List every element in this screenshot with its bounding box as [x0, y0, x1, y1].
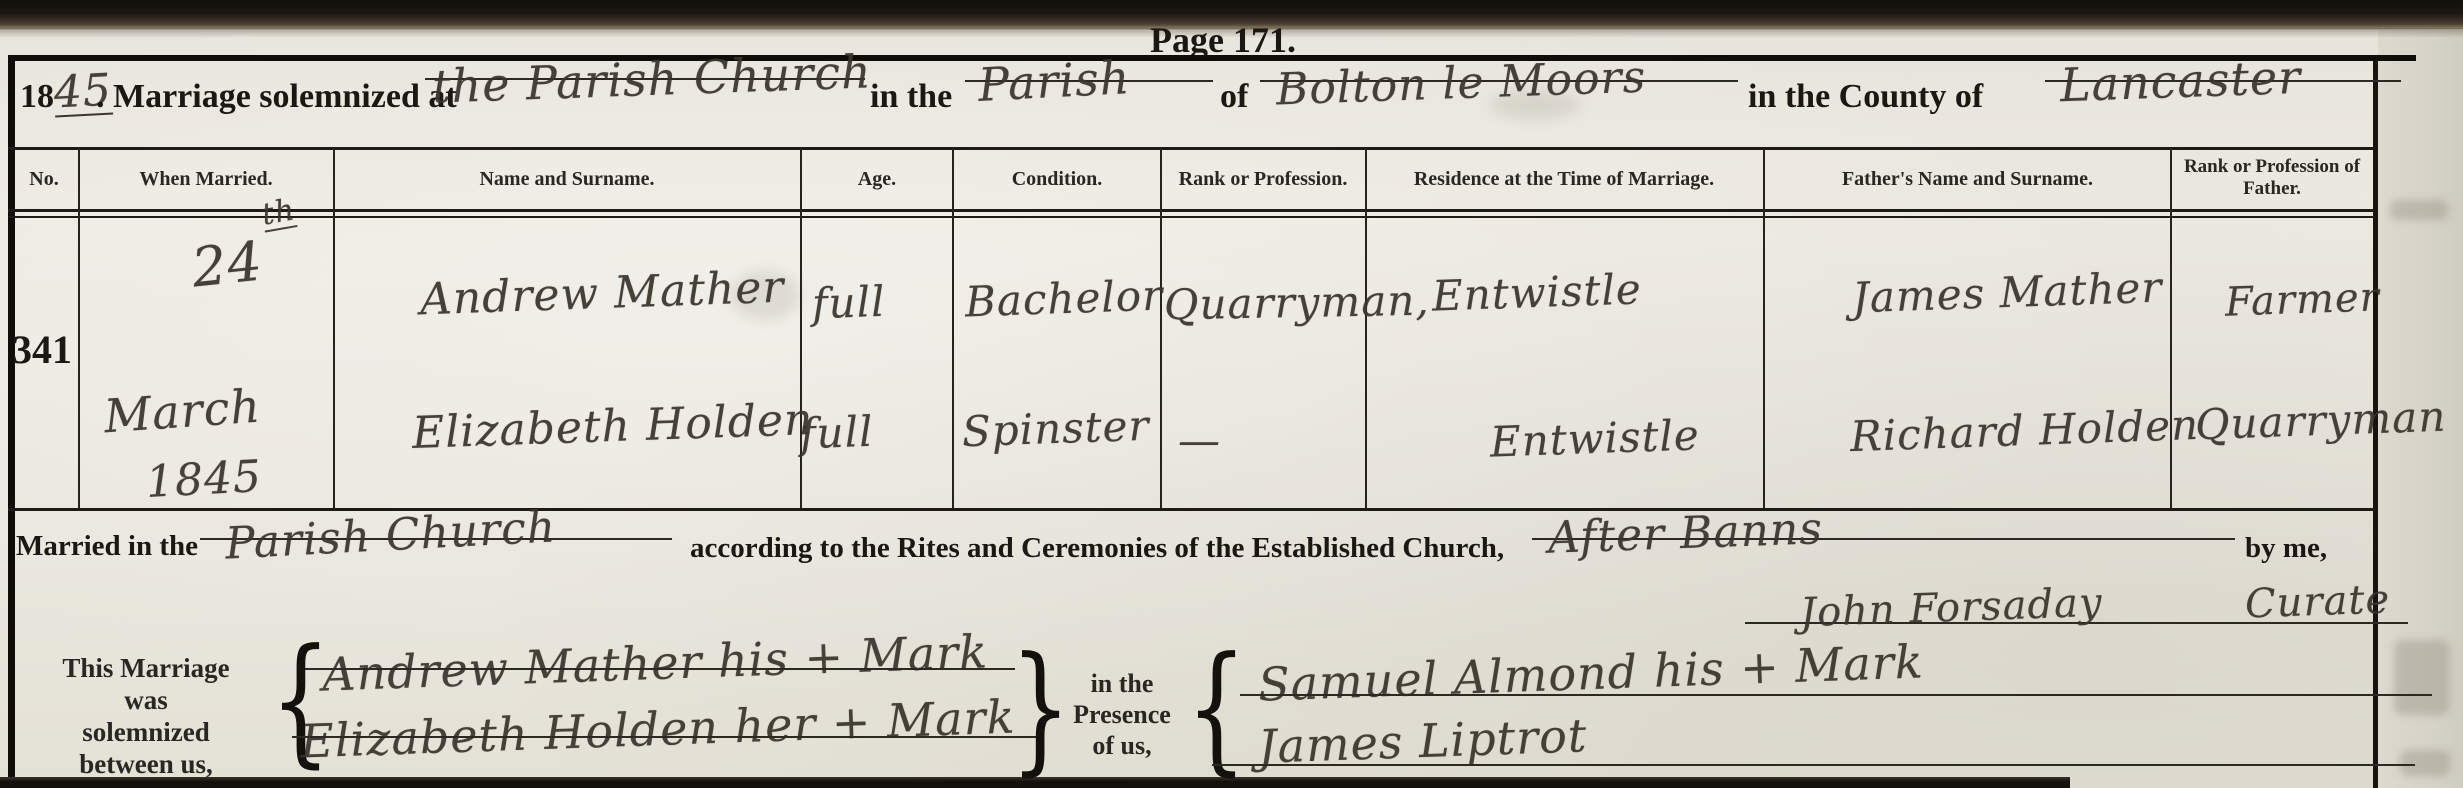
- officiant-signature: John Forsaday: [1799, 583, 2103, 634]
- column-divider: [333, 148, 335, 510]
- page-number: Page 171.: [1150, 22, 1296, 58]
- solemnized-label-line: was: [10, 684, 282, 716]
- presence-label-line: in the: [1056, 668, 1188, 699]
- title-year-printed: 18: [20, 80, 54, 114]
- groom-father-name: James Mather: [1851, 267, 2163, 320]
- banns-handwritten: After Banns: [1547, 507, 1823, 561]
- table-header-bottom-rule-1: [8, 209, 2375, 212]
- groom-age: full: [811, 281, 886, 326]
- solemnized-label-line: solemnized: [10, 716, 282, 748]
- column-header-no: No.: [10, 168, 78, 192]
- groom-rank-profession: Quarryman,: [1164, 280, 1430, 327]
- document-border-top: [8, 55, 2416, 61]
- bride-rank-profession: —: [1178, 420, 1221, 462]
- groom-condition: Bachelor: [964, 275, 1163, 324]
- presence-label: in the Presence of us,: [1056, 668, 1188, 761]
- column-divider: [1365, 148, 1367, 510]
- groom-signature-line: [305, 668, 1015, 670]
- title-district-type-handwritten: Parish: [977, 54, 1131, 108]
- when-married-month: March: [103, 383, 263, 440]
- title-county-handwritten: Lancaster: [2059, 54, 2302, 108]
- column-header-father-rank: Rank or Profession of Father.: [2172, 156, 2372, 201]
- groom-name: Andrew Mather: [419, 266, 785, 323]
- title-of: of: [1220, 80, 1248, 114]
- bride-residence: Entwistle: [1489, 414, 1700, 463]
- when-married-day: 24: [189, 234, 265, 295]
- ghost-writing-mark: [2394, 640, 2449, 715]
- when-married-day-suffix: th: [259, 195, 297, 232]
- table-header-top-rule: [8, 147, 2375, 150]
- column-header-rank-profession: Rank or Profession.: [1162, 168, 1364, 192]
- entry-number: 341: [12, 330, 72, 370]
- bride-signature-line: [292, 736, 1038, 738]
- married-in-the-label: Married in the: [16, 532, 198, 561]
- ghost-writing-mark: [2390, 200, 2448, 220]
- bride-father-name: Richard Holden: [1849, 404, 2199, 458]
- title-in-the-county-of: in the County of: [1748, 80, 1983, 114]
- ghost-writing-mark: [2400, 750, 2450, 776]
- column-divider: [952, 148, 954, 510]
- witness-1-signature-line: [1240, 694, 2432, 696]
- column-divider: [2170, 148, 2172, 510]
- rites-label: according to the Rites and Ceremonies of…: [690, 534, 1504, 563]
- column-header-condition: Condition.: [954, 168, 1160, 192]
- officiant-title: Curate: [2244, 579, 2390, 624]
- column-header-fathers-name: Father's Name and Surname.: [1766, 168, 2169, 192]
- column-divider: [78, 148, 80, 510]
- groom-residence: Entwistle: [1431, 268, 1642, 317]
- column-header-age: Age.: [802, 168, 952, 192]
- witness-2-signature-line: [1212, 764, 2415, 766]
- title-in-the: in the: [870, 80, 952, 114]
- solemnized-label-line: This Marriage: [10, 652, 282, 684]
- bride-father-rank: Quarryman: [2194, 396, 2447, 447]
- presence-label-line: of us,: [1056, 730, 1188, 761]
- column-header-residence: Residence at the Time of Marriage.: [1366, 168, 1762, 192]
- title-place-handwritten: the Parish Church: [431, 48, 872, 109]
- brace-open-witnesses: {: [1186, 638, 1247, 777]
- table-header-bottom-rule-2: [8, 216, 2375, 218]
- bride-age: full: [799, 411, 874, 456]
- solemnized-label-line: between us,: [10, 748, 282, 780]
- column-divider: [1763, 148, 1765, 510]
- by-me-label: by me,: [2245, 534, 2327, 563]
- groom-father-rank: Farmer: [2224, 277, 2380, 322]
- column-divider: [1160, 148, 1162, 510]
- title-marriage-solemnized: . Marriage solemnized at: [96, 80, 457, 114]
- presence-label-line: Presence: [1056, 699, 1188, 730]
- witness-signature-2: James Liptrot: [1257, 712, 1588, 769]
- title-district-name-handwritten: Bolton le Moors: [1275, 56, 1646, 113]
- column-header-when-married: When Married.: [80, 168, 332, 192]
- column-header-name-surname: Name and Surname.: [335, 168, 799, 192]
- bride-condition: Spinster: [961, 405, 1150, 454]
- solemnized-label: This Marriage was solemnized between us,: [10, 652, 282, 780]
- when-married-year: 1845: [145, 455, 263, 505]
